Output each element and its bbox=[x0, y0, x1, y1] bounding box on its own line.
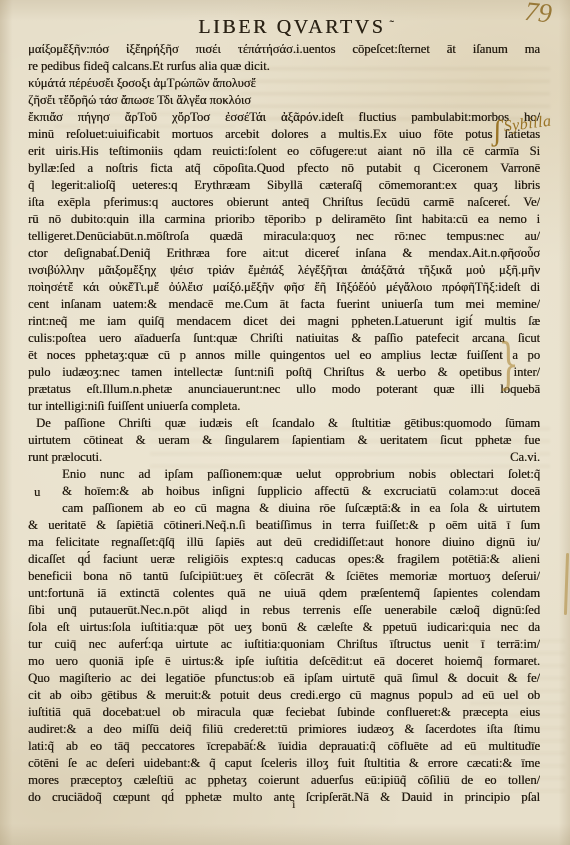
text-line: erit uiris.His teſtimoniis qdam reuicti:… bbox=[28, 143, 540, 160]
text-line: cent inſanam uatem:& mendacē me.Cum āt f… bbox=[28, 296, 540, 313]
text-line: Quo magiſterio ac dei legatiōe pfunctus:… bbox=[28, 670, 540, 687]
text-line: De paſſione Chriſti quæ iudæis eſt ſcand… bbox=[28, 415, 540, 432]
margin-line-mark bbox=[564, 553, 569, 615]
text-line: & ueritatē & ſapiētiā cōtineri.Neq̃.n.ſi… bbox=[28, 517, 540, 534]
margin-bracket-icon: ʃ bbox=[492, 114, 503, 148]
text-line: ſibi unq̄ putauerūt.Nec.n.pōt aliqd in r… bbox=[28, 602, 540, 619]
text-line: ēt noces pphetaʒ:quæ cū p annos mille qu… bbox=[28, 347, 540, 364]
text-line: audiret:& a deo miſſū deiq̃ filiū creder… bbox=[28, 721, 540, 738]
margin-brace-icon: } bbox=[498, 337, 520, 392]
text-line: dicaſſet qd́ faciunt ueræ religiōis expt… bbox=[28, 551, 540, 568]
text-line: & hoīem:& ab hoibus inſigni ſupplicio af… bbox=[62, 483, 540, 500]
text-line: ἔκπιἄσ πήγησ ἄρΤοῦ χὄρΤοσ ἐσσέΤάι ἀξᾶρόν… bbox=[28, 109, 540, 126]
text-line: rū nō dubito:quin illa carmina prioribɔ … bbox=[28, 211, 540, 228]
text-line: Enio nunc ad ipſam paſſionem:quæ uelut o… bbox=[62, 466, 540, 483]
text-line: rint:neq̃ me iam quiſq̄ mendacem dicet d… bbox=[28, 313, 540, 330]
text-line: pulo iudæoʒ:nec tamen intellectæ ſunt:ni… bbox=[28, 364, 540, 381]
header-tilde-mark: ˜ bbox=[389, 17, 393, 32]
chapter-number: Ca.vi. bbox=[510, 449, 540, 466]
text-block: μαίξομἔξῆν:πόσ ἰξἔηρήξῆσ πισέι τέπάτήσάσ… bbox=[28, 41, 540, 806]
text-line: byllæ:ſed a noſtris ficta atq̃ cōpoſita.… bbox=[28, 160, 540, 177]
text-line: prætatus eſt.Illum.n.phetæ anunciauerunt… bbox=[28, 381, 540, 398]
text-line: ma felicitate regnaſſet:q̄ſq̄ illū ſapiē… bbox=[28, 534, 540, 551]
book-page: 79 LIBER QVARTVS˜ μαίξομἔξῆν:πόσ ἰξἔηρήξ… bbox=[0, 0, 570, 845]
text-line: q̃ legerit:alioſq̃ ueteres:q Erythræam S… bbox=[28, 177, 540, 194]
text-line: tur intelligi:niſi fuiſſent uniuerſa com… bbox=[28, 398, 540, 415]
text-line: uirtutem cōtineat & ueram & ſingularem ſ… bbox=[28, 432, 540, 449]
text-line: cam paſſionem ab eo cū magna & diuina rō… bbox=[62, 500, 540, 517]
text-line: ινσιβύλλην μᾶιξομἔξηχ ψέισ τρὶάν ἔμἐπάξ … bbox=[28, 262, 540, 279]
running-title: LIBER QVARTVS˜ bbox=[28, 16, 564, 40]
text-line: cit ab oibɔ gētibus & meruit:& potuit de… bbox=[28, 687, 540, 704]
text-line: mores præceptoʒ cæleſtiū ac pphetaʒ coie… bbox=[28, 772, 540, 789]
text-line: μαίξομἔξῆν:πόσ ἰξἔηρήξῆσ πισέι τέπάτήσάσ… bbox=[28, 41, 540, 58]
text-line: telligeret.Denūciabūt.n.mōſtroſa quædā m… bbox=[28, 228, 540, 245]
text-line: minū reſoluet:uiuificabit mortuos arcebi… bbox=[28, 126, 540, 143]
text-line: unt:fortunā iā extinctā colentes quā ne … bbox=[28, 585, 540, 602]
running-title-text: LIBER QVARTVS bbox=[198, 16, 385, 38]
guide-letter: u bbox=[34, 485, 40, 500]
text-line: iſta exēpla pferimus:q auctores obierunt… bbox=[28, 194, 540, 211]
text-line: κύμάτά πέρέυσἔι ξοσοξι ἀμΤρώπῶν ἄπολυσἔ bbox=[28, 75, 540, 92]
signature-mark: i bbox=[292, 799, 295, 811]
text-line-left: runt prælocuti. bbox=[28, 449, 102, 466]
text-line: culis:poſtea uero aīaduerſa ſunt:quæ Chr… bbox=[28, 330, 540, 347]
text-line: lati:q̃ ab eo tāq̄ peccatores īcrepabāt́… bbox=[28, 738, 540, 755]
text-line: runt prælocuti.Ca.vi. bbox=[28, 449, 540, 466]
text-line: tur cuiq̄ nec aufert́:qa uirtute ac iuſt… bbox=[28, 636, 540, 653]
text-line: ctor deſignabat́.Deniq̃ Erithræa fore ai… bbox=[28, 245, 540, 262]
text-line: mo uero quoniā ipſe ē uirtus:& ipſe iuſt… bbox=[28, 653, 540, 670]
text-line: ſola eſt uirtus:ſola iuſtitia:quæ pōt ue… bbox=[28, 619, 540, 636]
text-line: beneficii bona nō tantū ſuſcipiūt:ueʒ ēt… bbox=[28, 568, 540, 585]
text-line: ποὶησέτἔ κάι οὐκἔΤι.μἔ ὀύλἔισ μαίξό.μἔξῆ… bbox=[28, 279, 540, 296]
text-line: cōtēni ſe ac deſeri uidebant:& q̃ caput … bbox=[28, 755, 540, 772]
margin-note-text: Sybilla bbox=[503, 113, 553, 136]
text-line: re pedibus fideq̃ calcans.Et rurſus alia… bbox=[28, 58, 540, 75]
text-line: do cruciādoq̃ cœpunt qd́ pphetæ multo an… bbox=[28, 789, 540, 806]
text-line: iuſtitiā quā docebat:uel ob miracula quæ… bbox=[28, 704, 540, 721]
text-line: ζῆσἔι τἔὄρῆώ τάσ ἄπωσε Τδι ἄλγἔα ποκλόισ bbox=[28, 92, 540, 109]
